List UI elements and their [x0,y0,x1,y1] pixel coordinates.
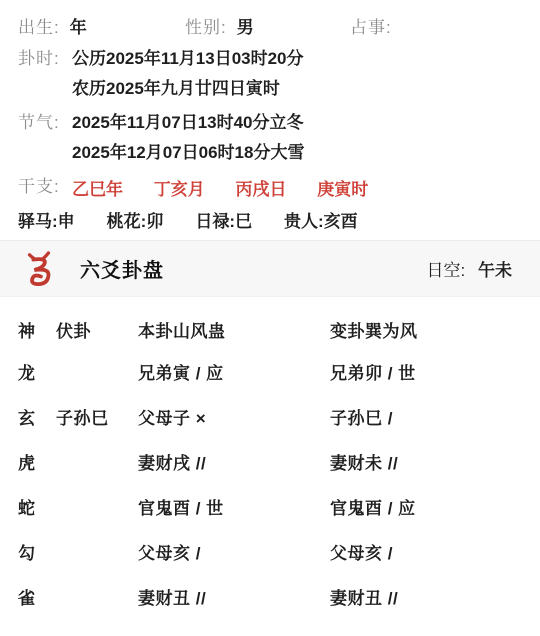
row-bengua: 父母亥 / [138,539,330,564]
matter-field[interactable]: 占事: [350,13,402,38]
table-row: 龙 兄弟寅 / 应 兄弟卯 / 世 [18,349,540,394]
row-bengua: 妻财戌 // [138,449,330,474]
solar-term-end: 2025年12月07日06时18分大雪 [72,138,304,168]
solar-term-label: 节气: [18,108,72,168]
matter-label: 占事: [350,13,392,38]
row-shen: 虎 [18,449,56,474]
table-header-row: 神 伏卦 本卦山风蛊 变卦巽为风 [18,309,540,349]
row-biangua: 子孙巳 / [330,404,540,429]
row-shen: 龙 [18,359,56,384]
header-shen: 神 [18,317,56,342]
header-fugua: 伏卦 [56,317,138,342]
row-shen: 蛇 [18,494,56,519]
table-row: 雀 妻财丑 // 妻财丑 // [18,574,540,619]
birth-value: 年 [70,13,87,38]
shensha-guiren: 贵人:亥酉 [284,207,358,232]
row-biangua: 父母亥 / [330,539,540,564]
shensha-yima: 驿马:申 [18,207,75,232]
header-bengua: 本卦山风蛊 [138,317,330,342]
row-biangua: 官鬼酉 / 应 [330,494,540,519]
section-title: 六爻卦盘 [80,254,164,283]
row-shen: 玄 [18,404,56,429]
gender-field[interactable]: 性别: 男 [185,13,350,38]
red-seal-glyph-icon [22,249,56,289]
rikong-field: 日空: 午未 [427,256,512,281]
table-row: 虎 妻财戌 // 妻财未 // [18,439,540,484]
gua-time-solar: 公历2025年11月13日03时20分 [72,44,304,74]
ganzhi-row: 干支: 乙巳年 丁亥月 丙戌日 庚寅时 [18,172,522,202]
shensha-row: 驿马:申 桃花:卯 日禄:巳 贵人:亥酉 [18,204,522,234]
ganzhi-day: 丙戌日 [235,180,286,199]
row-biangua: 妻财丑 // [330,584,540,609]
solar-term-block: 节气: 2025年11月07日13时40分立冬 2025年12月07日06时18… [18,108,522,168]
rikong-value: 午未 [478,261,512,280]
basic-info-row: 出生: 年 性别: 男 占事: [18,10,522,40]
table-row: 勾 父母亥 / 父母亥 / [18,529,540,574]
header-biangua: 变卦巽为风 [330,317,540,342]
row-bengua: 父母子 × [138,404,330,429]
row-shen: 勾 [18,539,56,564]
solar-term-start: 2025年11月07日13时40分立冬 [72,108,304,138]
gender-value: 男 [237,13,254,38]
gua-time-block: 卦时: 公历2025年11月13日03时20分 农历2025年九月廿四日寅时 [18,44,522,104]
gua-time-label: 卦时: [18,44,72,104]
row-bengua: 兄弟寅 / 应 [138,359,330,384]
shensha-rilu: 日禄:巳 [195,207,252,232]
ganzhi-year: 乙巳年 [72,180,123,199]
row-shen: 雀 [18,584,56,609]
row-biangua: 兄弟卯 / 世 [330,359,540,384]
ganzhi-month: 丁亥月 [154,180,205,199]
ganzhi-hour: 庚寅时 [317,180,368,199]
birth-field[interactable]: 出生: 年 [18,13,185,38]
ganzhi-label: 干支: [18,172,72,202]
table-row: 蛇 官鬼酉 / 世 官鬼酉 / 应 [18,484,540,529]
row-fugua: 子孙巳 [56,404,138,429]
hexagram-table: 神 伏卦 本卦山风蛊 变卦巽为风 龙 兄弟寅 / 应 兄弟卯 / 世 玄 子孙巳… [0,297,540,619]
row-bengua: 妻财丑 // [138,584,330,609]
shensha-taohua: 桃花:卯 [107,207,164,232]
row-biangua: 妻财未 // [330,449,540,474]
hexagram-section-header: 六爻卦盘 日空: 午未 [0,240,540,297]
row-bengua: 官鬼酉 / 世 [138,494,330,519]
table-row: 玄 子孙巳 父母子 × 子孙巳 / [18,394,540,439]
gender-label: 性别: [185,13,227,38]
birth-label: 出生: [18,13,60,38]
chart-info-panel: 出生: 年 性别: 男 占事: 卦时: 公历2025年11月13日03时20分 … [0,0,540,234]
gua-time-lunar: 农历2025年九月廿四日寅时 [72,74,304,104]
rikong-label: 日空: [427,261,466,280]
